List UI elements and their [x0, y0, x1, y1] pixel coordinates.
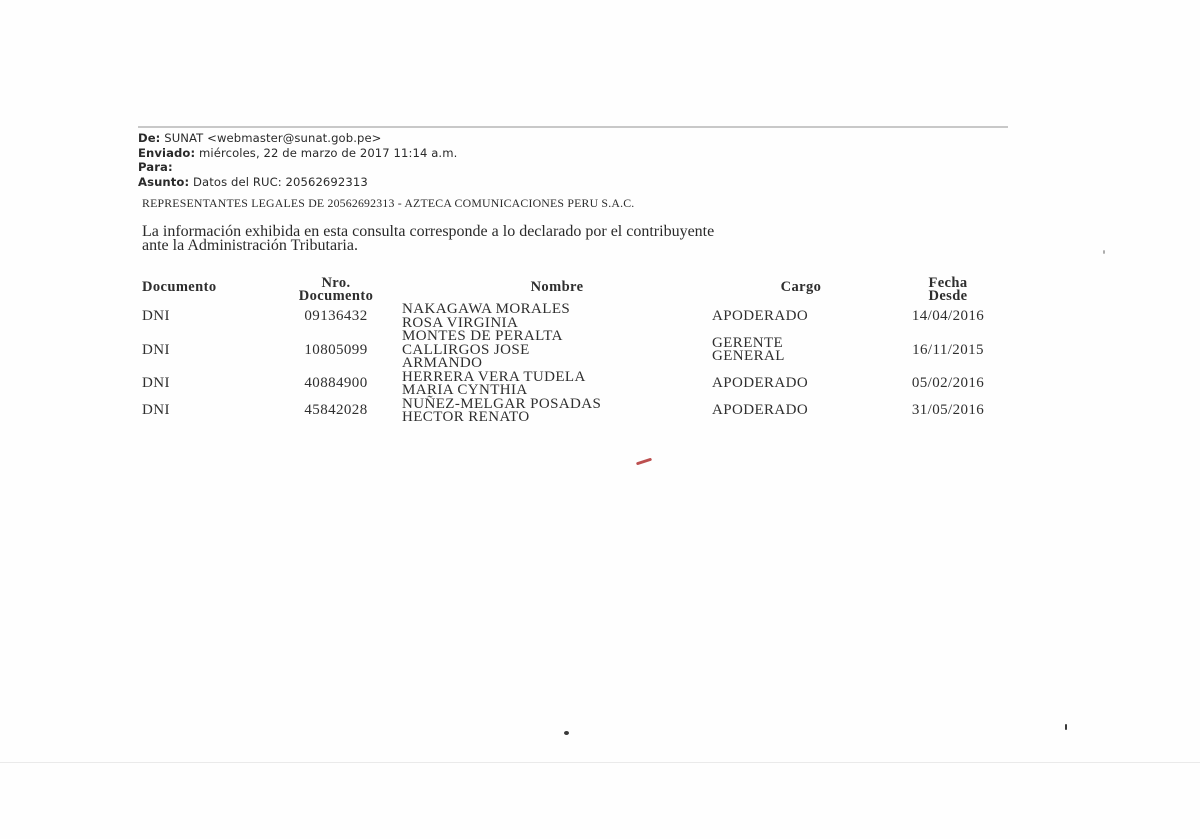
scan-speck	[1103, 250, 1105, 254]
subject-label: Asunto:	[138, 175, 189, 189]
table-row: DNI 09136432 NAKAGAWA MORALES ROSA VIRGI…	[142, 303, 1006, 330]
scan-fold-line	[0, 762, 1200, 763]
header-nro-line-2: Documento	[272, 290, 400, 303]
sent-value: miércoles, 22 de marzo de 2017 11:14 a.m…	[199, 146, 457, 160]
cell-cargo: APODERADO	[712, 303, 890, 330]
header-cargo: Cargo	[712, 272, 890, 303]
cell-documento: DNI	[142, 398, 272, 425]
cell-cargo: APODERADO	[712, 371, 890, 398]
legal-representatives-table: Documento Nro. Documento Nombre Cargo Fe…	[142, 272, 1006, 425]
scan-speck	[564, 731, 569, 735]
to-label: Para:	[138, 160, 173, 174]
cell-nro: 10805099	[272, 330, 400, 371]
table-row: DNI 10805099 MONTES DE PERALTA CALLIRGOS…	[142, 330, 1006, 371]
cell-fecha: 16/11/2015	[890, 330, 1006, 371]
email-sent: Enviado: miércoles, 22 de marzo de 2017 …	[138, 146, 1008, 161]
header-documento-label: Documento	[142, 279, 216, 295]
cell-nro: 45842028	[272, 398, 400, 425]
cell-cargo: APODERADO	[712, 398, 890, 425]
cell-nro: 40884900	[272, 371, 400, 398]
table-row: DNI 45842028 NUÑEZ-MELGAR POSADAS HECTOR…	[142, 398, 1006, 425]
document-title: REPRESENTANTES LEGALES DE 20562692313 - …	[142, 196, 634, 211]
email-header: De: SUNAT <webmaster@sunat.gob.pe> Envia…	[138, 126, 1008, 189]
pen-mark	[636, 458, 652, 466]
table-row: DNI 40884900 HERRERA VERA TUDELA MARIA C…	[142, 371, 1006, 398]
cell-fecha: 05/02/2016	[890, 371, 1006, 398]
cell-fecha: 14/04/2016	[890, 303, 1006, 330]
disclaimer-line-2: ante la Administración Tributaria.	[142, 239, 1002, 253]
header-fecha-line-2: Desde	[890, 290, 1006, 303]
table-header-row: Documento Nro. Documento Nombre Cargo Fe…	[142, 272, 1006, 303]
scanned-page: De: SUNAT <webmaster@sunat.gob.pe> Envia…	[0, 0, 1200, 839]
email-subject: Asunto: Datos del RUC: 20562692313	[138, 175, 1008, 190]
email-to: Para:	[138, 160, 1008, 175]
scan-speck	[1065, 724, 1067, 730]
cell-nro: 09136432	[272, 303, 400, 330]
cell-documento: DNI	[142, 371, 272, 398]
header-documento: Documento	[142, 272, 272, 303]
nombre-line: HECTOR RENATO	[402, 411, 712, 425]
cargo-line: GENERAL	[712, 350, 890, 364]
cell-fecha: 31/05/2016	[890, 398, 1006, 425]
cell-cargo: GERENTE GENERAL	[712, 330, 890, 371]
header-nro-documento: Nro. Documento	[272, 272, 400, 303]
cell-nombre: NAKAGAWA MORALES ROSA VIRGINIA	[400, 303, 712, 330]
cell-nombre: MONTES DE PERALTA CALLIRGOS JOSE ARMANDO	[400, 330, 712, 371]
cell-nombre: HERRERA VERA TUDELA MARIA CYNTHIA	[400, 371, 712, 398]
cell-nombre: NUÑEZ-MELGAR POSADAS HECTOR RENATO	[400, 398, 712, 425]
email-from: De: SUNAT <webmaster@sunat.gob.pe>	[138, 131, 1008, 146]
sent-label: Enviado:	[138, 146, 195, 160]
from-label: De:	[138, 131, 160, 145]
header-nombre-label: Nombre	[531, 279, 584, 295]
subject-value: Datos del RUC: 20562692313	[193, 175, 368, 189]
cell-documento: DNI	[142, 330, 272, 371]
cell-documento: DNI	[142, 303, 272, 330]
disclaimer: La información exhibida en esta consulta…	[142, 225, 1002, 253]
from-value: SUNAT <webmaster@sunat.gob.pe>	[164, 131, 381, 145]
header-fecha-desde: Fecha Desde	[890, 272, 1006, 303]
header-cargo-label: Cargo	[781, 279, 822, 295]
header-nombre: Nombre	[400, 272, 712, 303]
